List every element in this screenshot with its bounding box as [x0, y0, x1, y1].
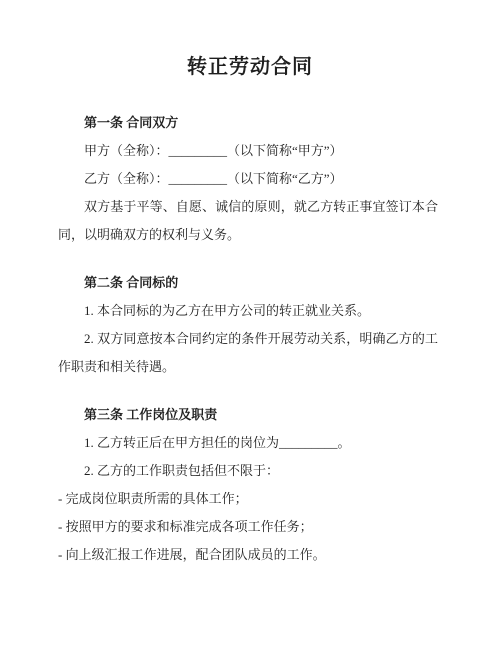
section-heading: 第一条 合同双方 — [58, 109, 438, 137]
document-body: 第一条 合同双方 甲方（全称）：_________（以下简称“甲方”） 乙方（全… — [58, 109, 438, 569]
clause-line: 2. 乙方的工作职责包括但不限于： — [58, 457, 438, 485]
duty-bullet-line: - 按照甲方的要求和标准完成各项工作任务； — [58, 513, 438, 541]
party-a-blank-line: 甲方（全称）：_________（以下简称“甲方”） — [58, 137, 438, 165]
preamble-paragraph: 双方基于平等、自愿、诚信的原则，就乙方转正事宜签订本合同，以明确双方的权利与义务… — [58, 193, 438, 249]
section-job-duties: 第三条 工作岗位及职责 1. 乙方转正后在甲方担任的岗位为_________。 … — [58, 401, 438, 569]
duty-bullet-line: - 向上级汇报工作进展，配合团队成员的工作。 — [58, 541, 438, 569]
clause-line: 1. 本合同标的为乙方在甲方公司的转正就业关系。 — [58, 297, 438, 325]
clause-line: 1. 乙方转正后在甲方担任的岗位为_________。 — [58, 429, 438, 457]
section-contract-subject: 第二条 合同标的 1. 本合同标的为乙方在甲方公司的转正就业关系。 2. 双方同… — [58, 269, 438, 381]
section-heading: 第三条 工作岗位及职责 — [58, 401, 438, 429]
clause-line: 2. 双方同意按本合同约定的条件开展劳动关系，明确乙方的工作职责和相关待遇。 — [58, 325, 438, 381]
contract-document-page: 转正劳动合同 第一条 合同双方 甲方（全称）：_________（以下简称“甲方… — [0, 0, 500, 647]
document-title: 转正劳动合同 — [0, 0, 500, 82]
party-b-blank-line: 乙方（全称）：_________（以下简称“乙方”） — [58, 165, 438, 193]
section-contract-parties: 第一条 合同双方 甲方（全称）：_________（以下简称“甲方”） 乙方（全… — [58, 109, 438, 249]
duty-bullet-line: - 完成岗位职责所需的具体工作； — [58, 485, 438, 513]
section-heading: 第二条 合同标的 — [58, 269, 438, 297]
